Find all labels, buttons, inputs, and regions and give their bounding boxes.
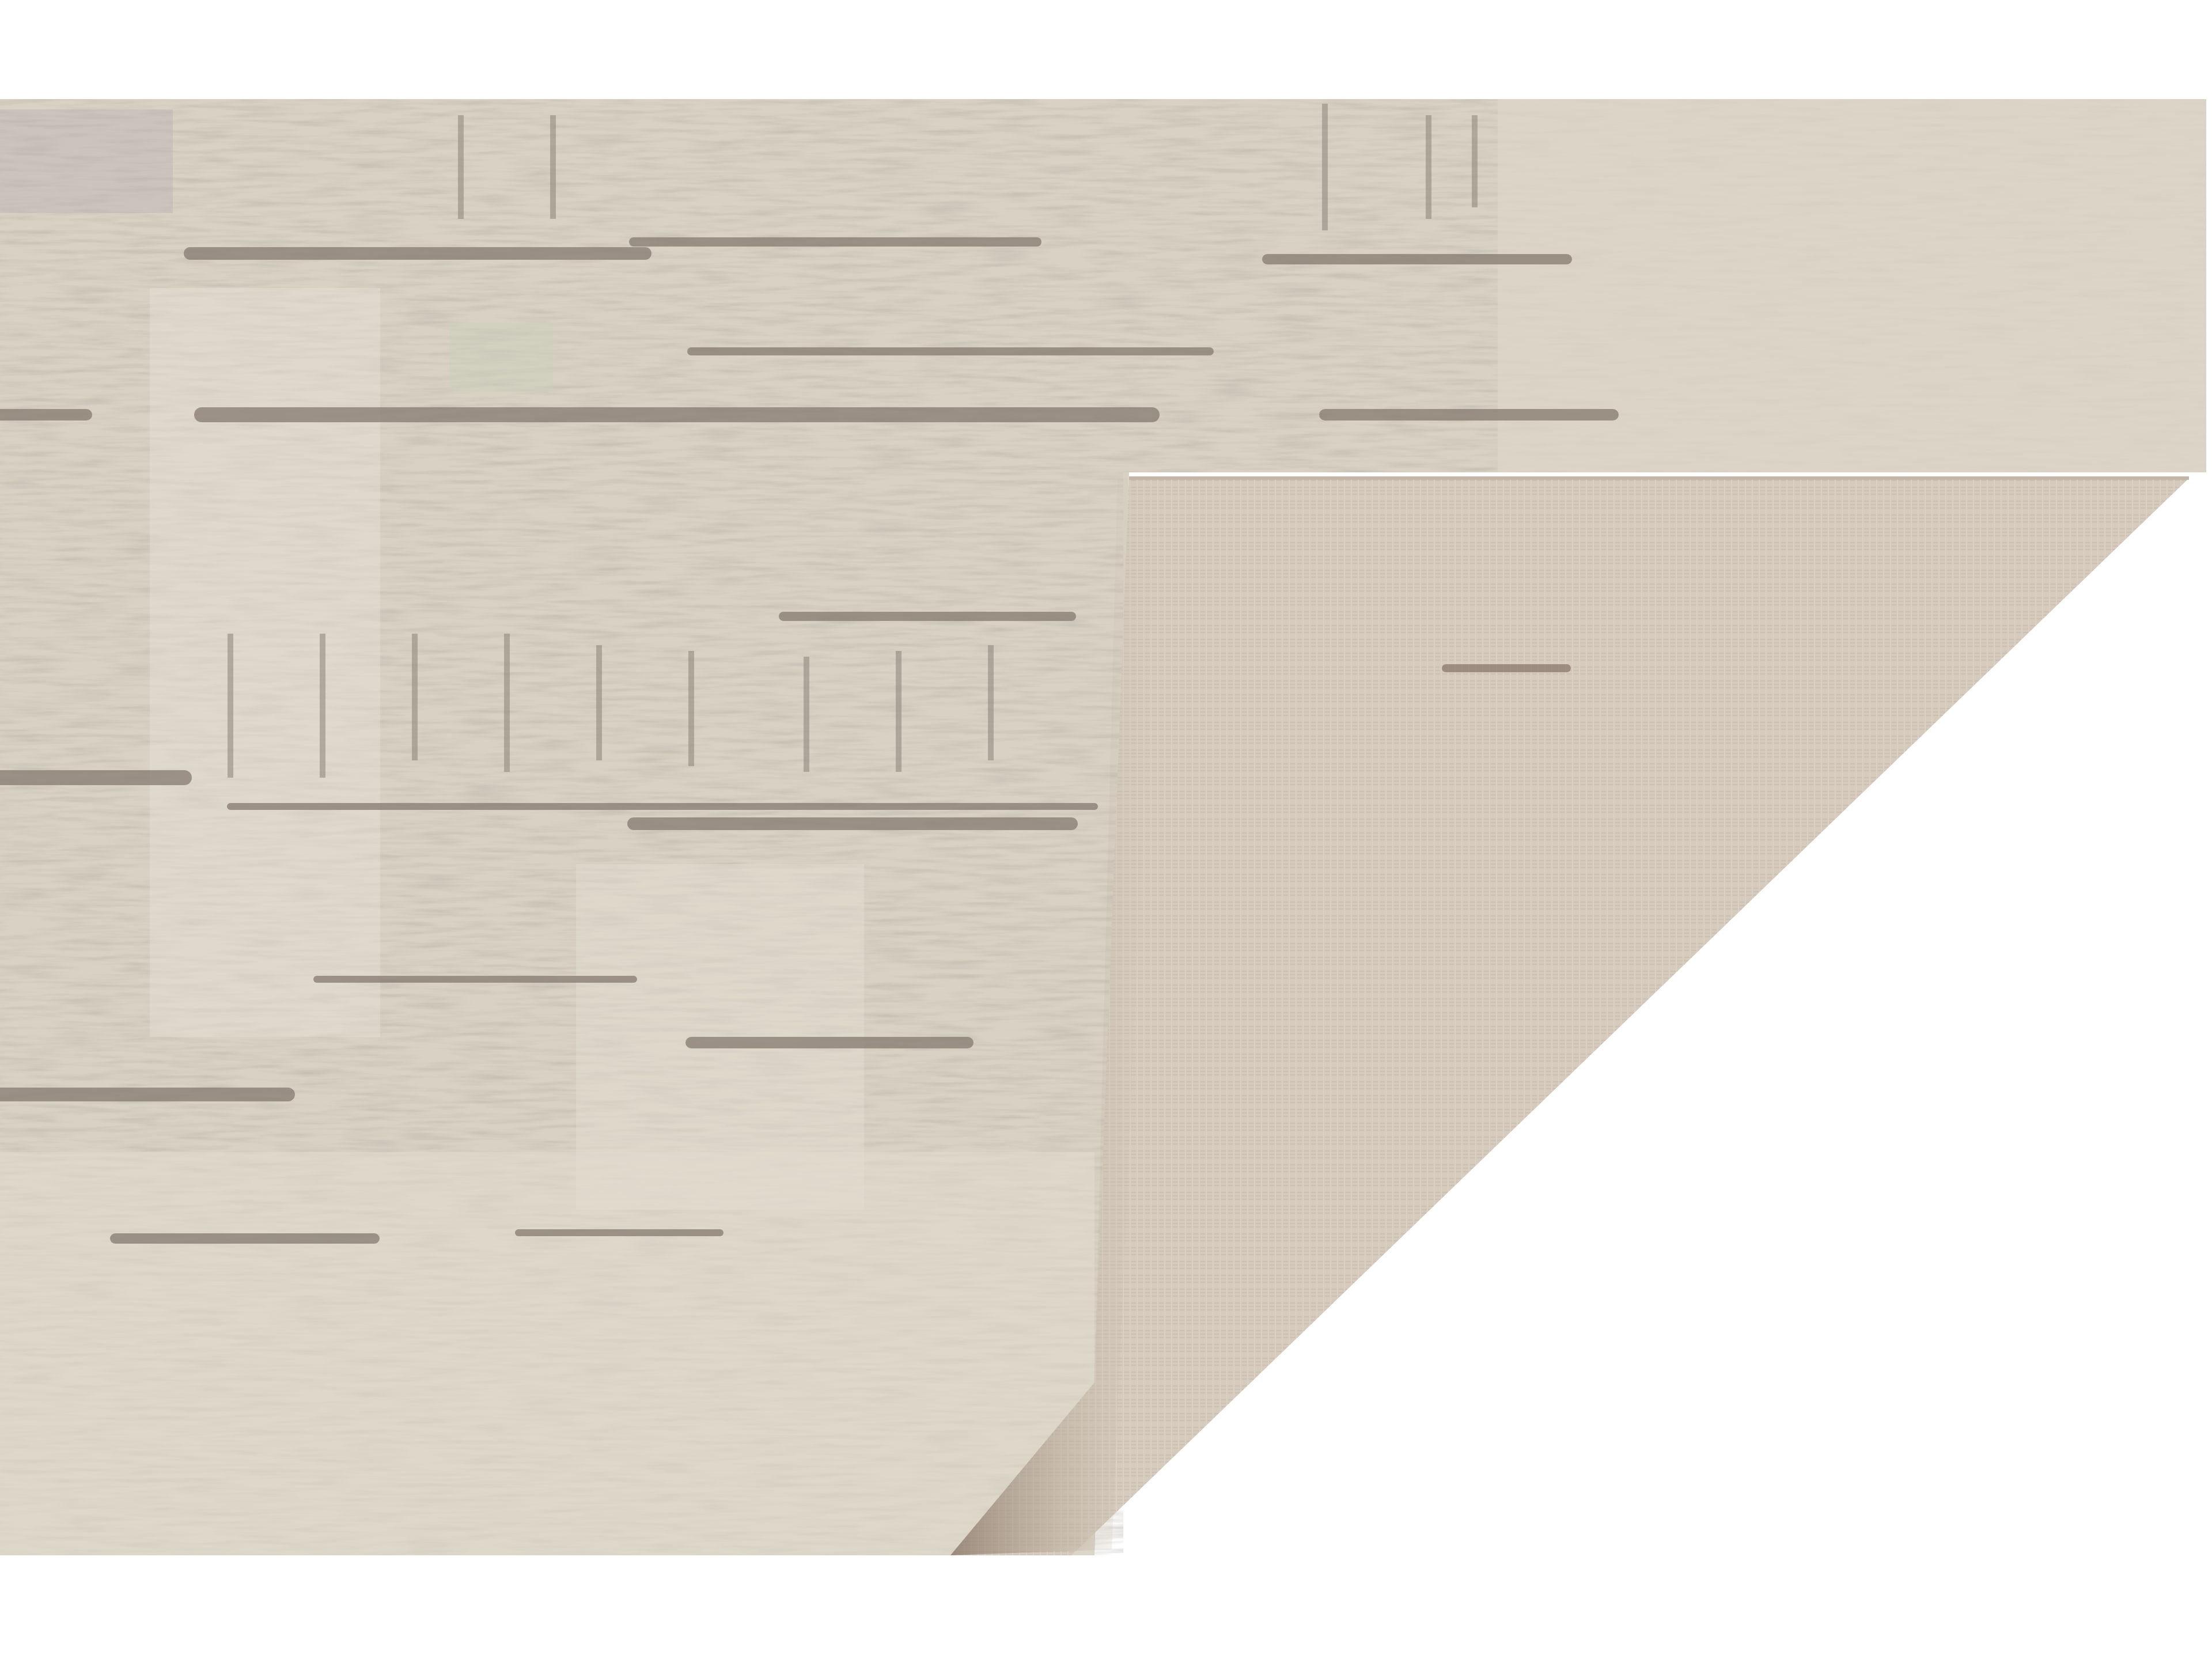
product-photo bbox=[0, 0, 2212, 1659]
rug-illustration bbox=[0, 0, 2212, 1659]
rug-backing-fold bbox=[950, 478, 2189, 1555]
